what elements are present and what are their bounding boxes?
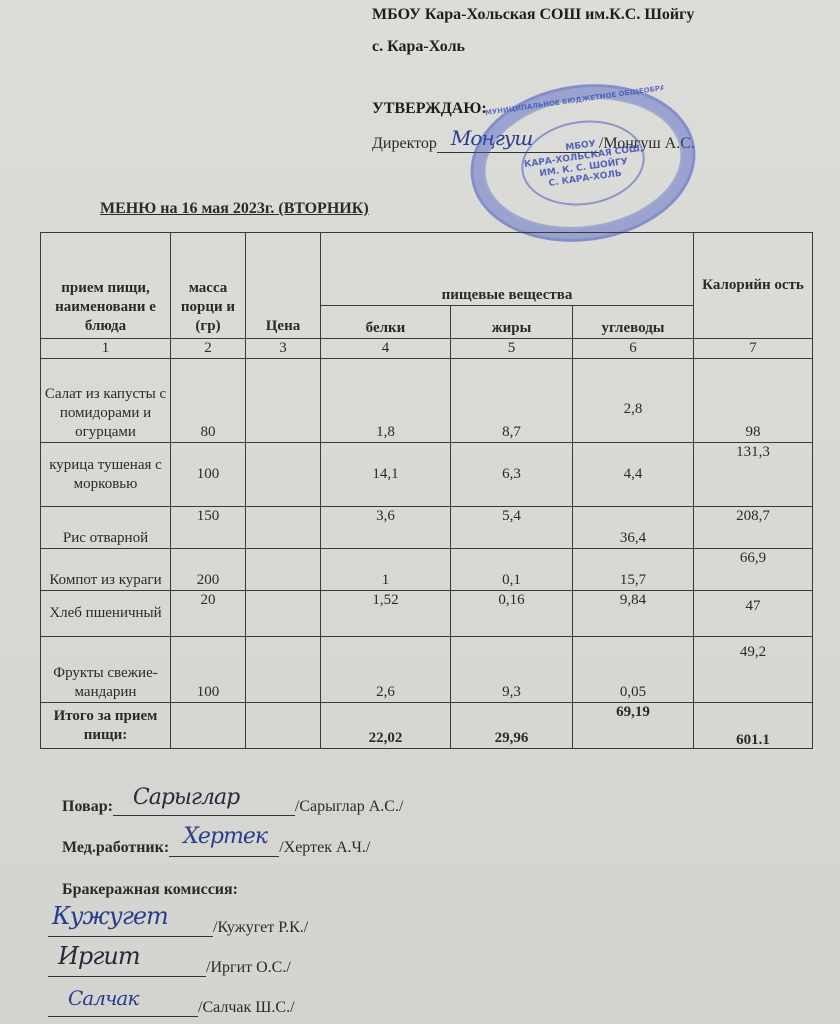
medic-signature-line: Мед.работник:Хертек/Хертек А.Ч./	[62, 838, 370, 857]
header-protein: белки	[321, 306, 451, 339]
director-label: Директор	[372, 135, 437, 152]
total-carbs: 69,19	[573, 703, 694, 749]
table-row: Фрукты свежие-мандарин 100 2,6 9,3 0,05 …	[41, 637, 813, 703]
dish-mass: 200	[171, 549, 246, 591]
dish-fat: 9,3	[451, 637, 573, 703]
member-signature-field: Иргит	[48, 958, 206, 977]
header-dish: прием пищи, наименовани е блюда	[41, 233, 171, 339]
dish-calories: 47	[694, 591, 813, 637]
table-row: курица тушеная с морковью 100 14,1 6,3 4…	[41, 443, 813, 507]
dish-protein: 1,52	[321, 591, 451, 637]
total-label: Итого за прием пищи:	[41, 703, 171, 749]
dish-fat: 0,1	[451, 549, 573, 591]
medic-signature: Хертек	[183, 824, 267, 849]
dish-protein: 14,1	[321, 443, 451, 507]
member-signature: Салчак	[68, 986, 138, 1010]
dish-price	[246, 637, 321, 703]
dish-name: Фрукты свежие-мандарин	[41, 637, 171, 703]
column-number: 7	[694, 339, 813, 359]
dish-calories: 66,9	[694, 549, 813, 591]
dish-name: Рис отварной	[41, 507, 171, 549]
dish-protein: 1,8	[321, 359, 451, 443]
member-name: /Иргит О.С./	[206, 959, 291, 976]
dish-mass: 20	[171, 591, 246, 637]
medic-label: Мед.работник:	[62, 839, 169, 856]
column-number: 5	[451, 339, 573, 359]
dish-calories: 131,3	[694, 443, 813, 507]
dish-protein: 1	[321, 549, 451, 591]
dish-fat: 8,7	[451, 359, 573, 443]
column-number: 6	[573, 339, 694, 359]
dish-carbs: 0,05	[573, 637, 694, 703]
cook-name: /Сарыглар А.С./	[295, 798, 403, 815]
member-signature: Кужугет	[52, 902, 168, 930]
dish-carbs: 4,4	[573, 443, 694, 507]
total-protein: 22,02	[321, 703, 451, 749]
total-row: Итого за прием пищи: 22,02 29,96 69,19 6…	[41, 703, 813, 749]
stamp-ring-text: МУНИЦИПАЛЬНОЕ БЮДЖЕТНОЕ ОБЩЕОБРАЗОВАТЕЛЬ…	[485, 84, 664, 117]
dish-name: Хлеб пшеничный	[41, 591, 171, 637]
dish-price	[246, 443, 321, 507]
header-carbs: углеводы	[573, 306, 694, 339]
dish-price	[246, 591, 321, 637]
dish-calories: 208,7	[694, 507, 813, 549]
table-row: Салат из капусты с помидорами и огурцами…	[41, 359, 813, 443]
header-calories: Калорийн ость	[694, 233, 813, 339]
menu-title: МЕНЮ на 16 мая 2023г. (ВТОРНИК)	[100, 200, 369, 218]
commission-member-line: Кужугет/Кужугет Р.К./	[48, 918, 308, 937]
table-row: Рис отварной 150 3,6 5,4 36,4 208,7	[41, 507, 813, 549]
dish-price	[246, 507, 321, 549]
header-nutrients: пищевые вещества	[321, 233, 694, 306]
header-mass: масса порци и (гр)	[171, 233, 246, 339]
stamp-center: МБОУ КАРА-ХОЛЬСКАЯ СОШ ИМ. К. С. ШОЙГУ С…	[516, 113, 650, 213]
dish-mass: 80	[171, 359, 246, 443]
dish-fat: 6,3	[451, 443, 573, 507]
approve-label: УТВЕРЖДАЮ:	[372, 100, 487, 118]
dish-carbs: 15,7	[573, 549, 694, 591]
column-numbers-row: 1 2 3 4 5 6 7	[41, 339, 813, 359]
commission-member-line: Иргит/Иргит О.С./	[48, 958, 291, 977]
dish-protein: 2,6	[321, 637, 451, 703]
dish-protein: 3,6	[321, 507, 451, 549]
column-number: 2	[171, 339, 246, 359]
dish-fat: 0,16	[451, 591, 573, 637]
member-name: /Салчак Ш.С./	[198, 999, 295, 1016]
total-mass	[171, 703, 246, 749]
table-row: Хлеб пшеничный 20 1,52 0,16 9,84 47	[41, 591, 813, 637]
dish-mass: 150	[171, 507, 246, 549]
dish-mass: 100	[171, 443, 246, 507]
dish-calories: 98	[694, 359, 813, 443]
dish-calories: 49,2	[694, 637, 813, 703]
column-number: 1	[41, 339, 171, 359]
column-number: 4	[321, 339, 451, 359]
dish-carbs: 36,4	[573, 507, 694, 549]
header-fat: жиры	[451, 306, 573, 339]
dish-mass: 100	[171, 637, 246, 703]
cook-signature-line: Повар:Сарыглар/Сарыглар А.С./	[62, 797, 403, 816]
commission-member-line: Салчак/Салчак Ш.С./	[48, 998, 295, 1017]
cook-signature-field: Сарыглар	[113, 797, 295, 816]
total-fat: 29,96	[451, 703, 573, 749]
dish-name: Салат из капусты с помидорами и огурцами	[41, 359, 171, 443]
member-signature: Иргит	[58, 942, 140, 970]
column-number: 3	[246, 339, 321, 359]
member-signature-field: Салчак	[48, 998, 198, 1017]
dish-name: Компот из кураги	[41, 549, 171, 591]
medic-name: /Хертек А.Ч./	[279, 839, 370, 856]
cook-label: Повар:	[62, 798, 113, 815]
member-signature-field: Кужугет	[48, 918, 213, 937]
commission-label: Бракеражная комиссия:	[62, 881, 238, 899]
dish-price	[246, 549, 321, 591]
member-name: /Кужугет Р.К./	[213, 919, 308, 936]
total-price	[246, 703, 321, 749]
dish-carbs: 9,84	[573, 591, 694, 637]
dish-price	[246, 359, 321, 443]
dish-name: курица тушеная с морковью	[41, 443, 171, 507]
medic-signature-field: Хертек	[169, 838, 279, 857]
dish-carbs: 2,8	[573, 359, 694, 443]
cook-signature: Сарыглар	[133, 785, 239, 810]
organization-name: МБОУ Кара-Хольская СОШ им.К.С. Шойгу	[372, 6, 694, 24]
official-stamp: МУНИЦИПАЛЬНОЕ БЮДЖЕТНОЕ ОБЩЕОБРАЗОВАТЕЛЬ…	[460, 70, 706, 256]
total-calories: 601.1	[694, 703, 813, 749]
menu-table: прием пищи, наименовани е блюда масса по…	[40, 232, 813, 749]
dish-fat: 5,4	[451, 507, 573, 549]
table-row: Компот из кураги 200 1 0,1 15,7 66,9	[41, 549, 813, 591]
village-name: с. Кара-Холь	[372, 38, 465, 56]
header-price: Цена	[246, 233, 321, 339]
